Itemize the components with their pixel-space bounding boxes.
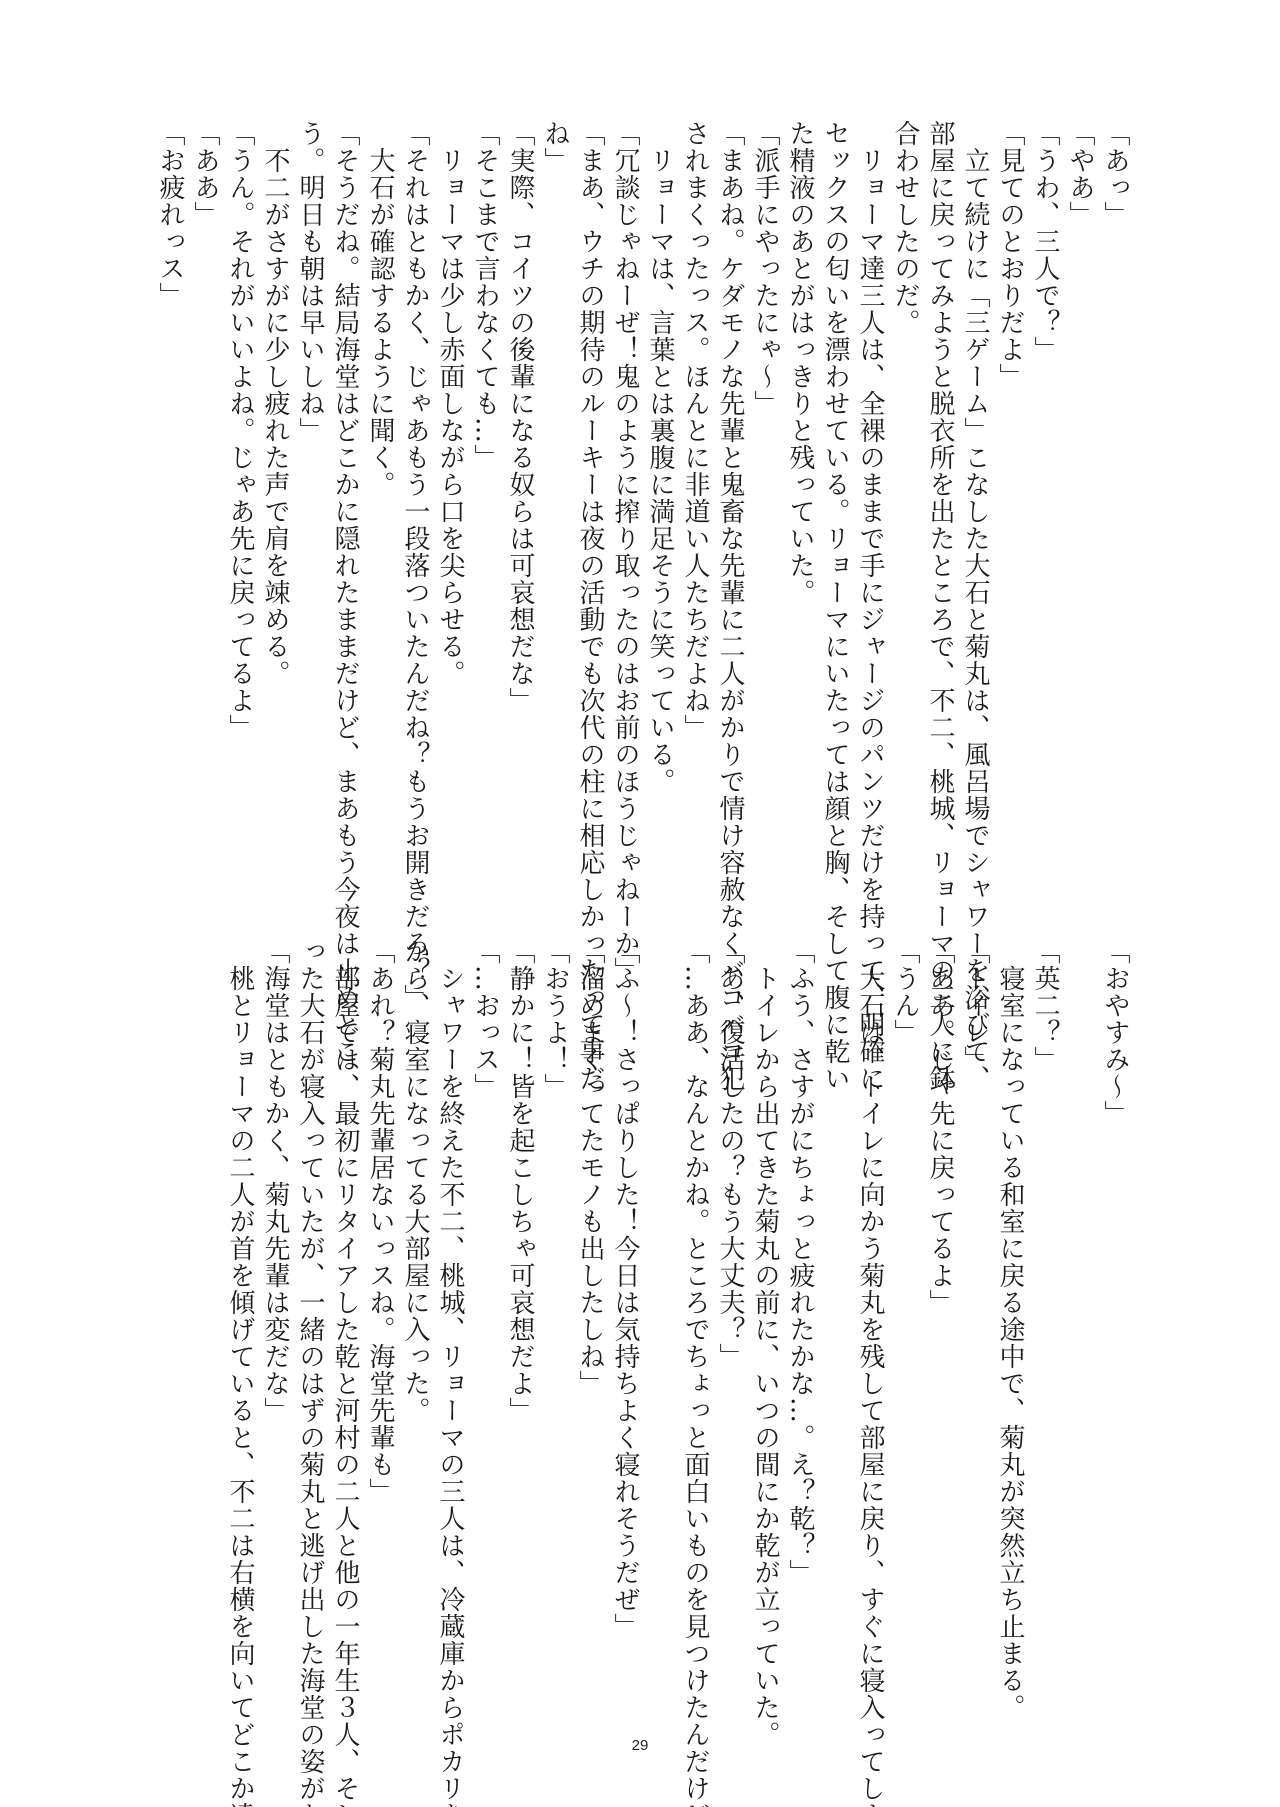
text-column: 「海堂はともかく、菊丸先輩は変だな」 [257,938,292,1638]
text-column: 「実際、コイツの後輩になる奴らは可哀想だな」 [502,120,537,820]
text-column: されまくったっス。ほんとに非道い人たちだよね」 [677,120,712,820]
text-column: 「ふう、さすがにちょっと疲れたかな…。え？乾？」 [782,938,817,1638]
text-column: トイレから出てきた菊丸の前に、いつの間にか乾が立っていた。 [747,938,782,1638]
text-column: 「英二？」 [1027,938,1062,1638]
text-column: 「ふ〜！さっぱりした！今日は気持ちよく寝れそうだぜ」 [607,938,642,1638]
text-column: リョーマは、言葉とは裏腹に満足そうに笑っている。 [642,120,677,820]
text-column: った大石が寝入っていたが、一緒のはずの菊丸と逃げ出した海堂の姿がなかった。 [292,938,327,1638]
text-column: 「うん。それがいいよね。じゃあ先に戻ってるよ」 [222,120,257,820]
text-column: ね」 [537,120,572,820]
text-column: 「おうよ！」 [537,938,572,1638]
text-column: 寝室になっている和室に戻る途中で、菊丸が突然立ち止まる。 [992,938,1027,1638]
text-column: 「あれ？菊丸先輩居ないっスね。海堂先輩も」 [362,938,397,1638]
text-column: 「…ああ、なんとかね。ところでちょっと面白いものを見つけたんだけど…」 [677,938,712,1638]
text-column: 「派手にやったにゃ〜」 [747,120,782,820]
text-column: 「それはともかく、じゃあもう一段落ついたんだね？もうお開きだろ？」 [397,120,432,820]
text-column: 「やあ」 [1062,120,1097,820]
text-column: 大石は、トイレに向かう菊丸を残して部屋に戻り、すぐに寝入ってしまった。 [852,938,887,1638]
bottom-text-tier: 「おやすみ〜」 「英二？」 寝室になっている和室に戻る途中で、菊丸が突然立ち止ま… [222,938,1132,1638]
text-column: 立て続けに「三ゲーム」こなした大石と菊丸は、風呂場でシャワーを浴びて、 [957,120,992,820]
text-column: た精液のあとがはっきりと残っていた。 [782,120,817,820]
text-column: 「ああ。じゃ先に戻ってるよ」 [922,938,957,1638]
text-column: 「あっ」 [1097,120,1132,820]
text-column: 「トイレ」 [957,938,992,1638]
text-column [642,938,677,1638]
text-column [817,938,852,1638]
text-column: 「…おっス」 [467,938,502,1638]
text-column: 部屋では、最初にリタイアした乾と河村の二人と他の一年生３人、そして先に戻 [327,938,362,1638]
text-column: 「まあ、ウチの期待のルーキーは夜の活動でも次代の柱に相応しかったって事だ [572,120,607,820]
text-column: 大石が確認するように聞く。 [362,120,397,820]
text-column: う。明日も朝は早いしね」 [292,120,327,820]
text-column: 「うん」 [887,938,922,1638]
text-column: シャワーを終えた不二、桃城、リョーマの三人は、冷蔵庫からポカリをくすねて [432,938,467,1638]
text-column: 「そうだね。結局海堂はどこかに隠れたままだけど、まあもう今夜は止めとこ [327,120,362,820]
text-column: 「お疲れっス」 [152,120,187,820]
text-column: 桃とリョーマの二人が首を傾げていると、不二は右横を向いてどこか遠くをじっ [222,938,257,1638]
text-column: 「まあね。ケダモノな先輩と鬼畜な先輩に二人がかりで情け容赦なくバコバコ犯 [712,120,747,820]
text-column: 「冗談じゃねーぜ！鬼のように搾り取ったのはお前のほうじゃねーか」 [607,120,642,820]
text-column: 「ああ」 [187,120,222,820]
text-column: 「おやすみ〜」 [1097,938,1132,1638]
text-column: 「見てのとおりだよ」 [992,120,1027,820]
text-column: リョーマは少し赤面しながら口を尖らせる。 [432,120,467,820]
text-column [1062,938,1097,1638]
text-column: 部屋に戻ってみようと脱衣所を出たところで、不二、桃城、リョーマの三人に鉢 [922,120,957,820]
novel-page: 「あっ」「やあ」「うわ、三人で？」「見てのとおりだよ」 立て続けに「三ゲーム」こ… [0,0,1280,1807]
top-text-tier: 「あっ」「やあ」「うわ、三人で？」「見てのとおりだよ」 立て続けに「三ゲーム」こ… [152,120,1132,820]
text-column: 「そこまで言わなくても…」 [467,120,502,820]
text-column: 合わせしたのだ。 [887,120,922,820]
text-column: から、寝室になってる大部屋に入った。 [397,938,432,1638]
page-number: 29 [0,1737,1280,1754]
text-column: 「あ、復活したの？もう大丈夫？」 [712,938,747,1638]
text-column: 不二がさすがに少し疲れた声で肩を竦める。 [257,120,292,820]
text-column: 「溜めまくってたモノも出したしね」 [572,938,607,1638]
text-column: 「うわ、三人で？」 [1027,120,1062,820]
text-column: セックスの匂いを漂わせている。リョーマにいたっては顔と胸、そして腹に乾い [817,120,852,820]
text-column: 「静かに！皆を起こしちゃ可哀想だよ」 [502,938,537,1638]
text-column: リョーマ達三人は、全裸のままで手にジャージのパンツだけを持って、明確に [852,120,887,820]
